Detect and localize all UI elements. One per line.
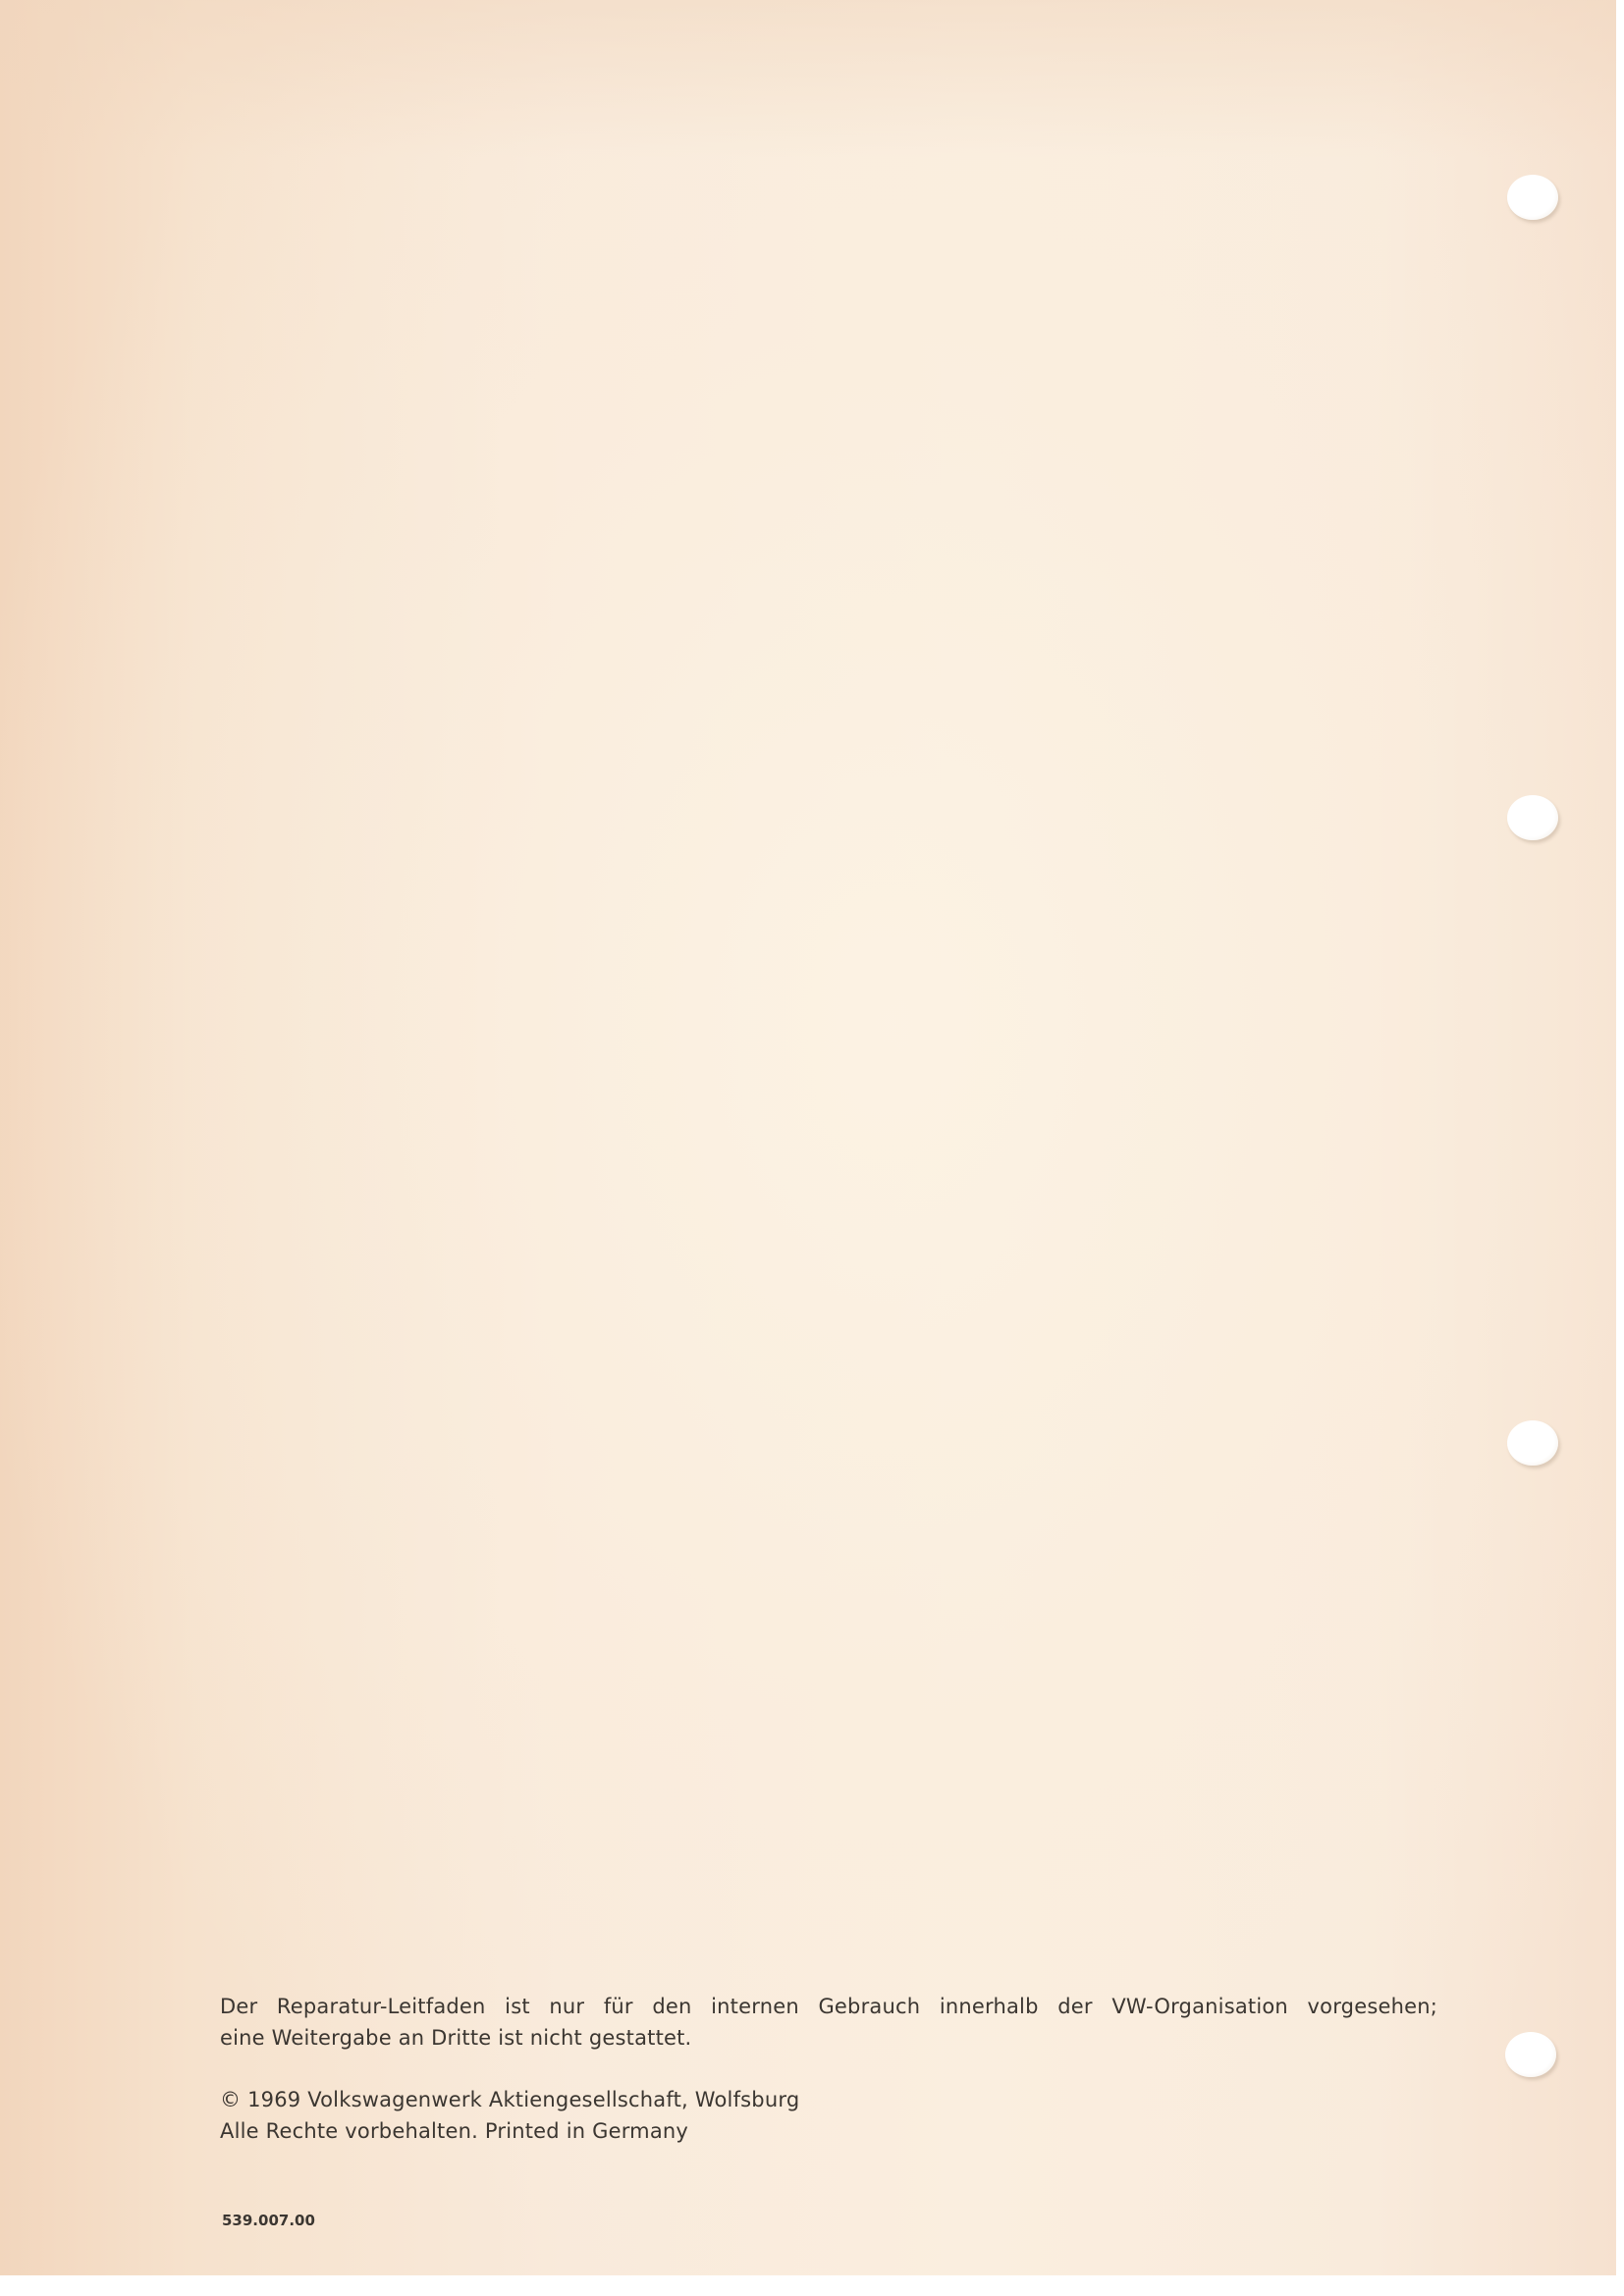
- notice-line-2: eine Weitergabe an Dritte ist nicht gest…: [220, 2022, 1437, 2054]
- copyright-block: © 1969 Volkswagenwerk Aktiengesellschaft…: [220, 2084, 799, 2147]
- internal-use-notice: Der Reparatur-Leitfaden ist nur für den …: [220, 1991, 1437, 2054]
- copyright-line-2: Alle Rechte vorbehalten. Printed in Germ…: [220, 2115, 799, 2147]
- notice-line-1: Der Reparatur-Leitfaden ist nur für den …: [220, 1991, 1437, 2022]
- punch-hole: [1507, 1420, 1558, 1466]
- copyright-line-1: © 1969 Volkswagenwerk Aktiengesellschaft…: [220, 2084, 799, 2115]
- document-number: 539.007.00: [222, 2212, 315, 2229]
- punch-hole: [1507, 795, 1558, 840]
- punch-hole: [1507, 175, 1558, 220]
- punch-hole: [1505, 2032, 1556, 2077]
- scanned-page: Der Reparatur-Leitfaden ist nur für den …: [0, 0, 1616, 2275]
